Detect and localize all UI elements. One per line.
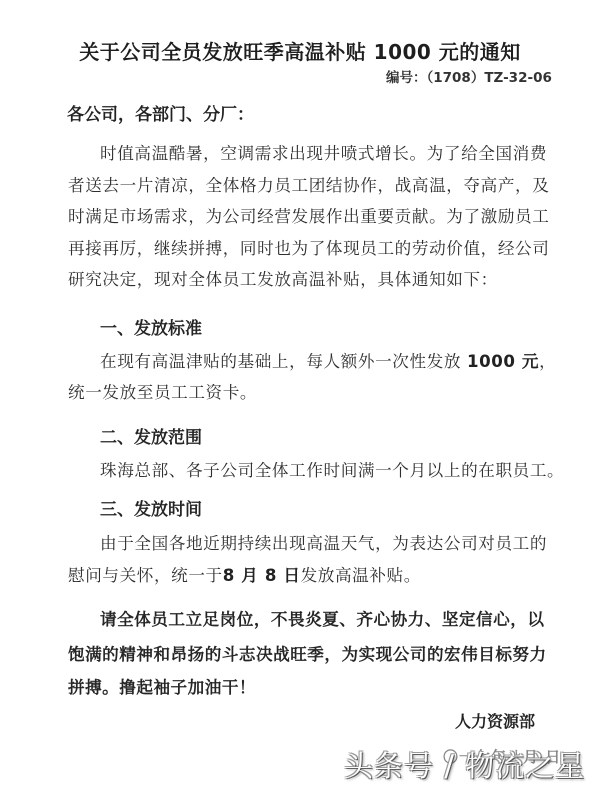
closing-line-1: 请全体员工立足岗位，不畏炎夏、齐心协力、坚定信心，以 bbox=[100, 606, 544, 630]
text-segment: ， bbox=[539, 352, 556, 371]
section-heading-standard: 一、发放标准 bbox=[100, 314, 202, 339]
document-number: 编号：（1708）TZ-32-06 bbox=[386, 66, 552, 86]
intro-line-4: 再接再厉，继续拼搏，同时也为了体现员工的劳动价值，经公司 bbox=[68, 235, 549, 259]
intro-line-5: 研究决定，现对全体员工发放高温补贴，具体通知如下： bbox=[68, 266, 498, 290]
section-1-line-1: 在现有高温津贴的基础上，每人额外一次性发放 1000 元， bbox=[100, 348, 556, 372]
text-segment: 在现有高温津贴的基础上，每人额外一次性发放 bbox=[100, 352, 467, 371]
watermark: 头条号 / 物流之星 bbox=[344, 744, 585, 785]
greeting: 各公司，各部门、分厂： bbox=[67, 100, 254, 125]
closing-line-3: 拼搏。撸起袖子加油干！ bbox=[68, 674, 256, 698]
intro-line-3: 时满足市场需求，为公司经营发展作出重要贡献。为了激励员工 bbox=[68, 203, 549, 227]
intro-line-2: 者送去一片清凉，全体格力员工团结协作，战高温，夺高产，及 bbox=[68, 172, 549, 196]
section-3-line-1: 由于全国各地近期持续出现高温天气，为表达公司对员工的 bbox=[100, 530, 547, 554]
section-2-line-1: 珠海总部、各子公司全体工作时间满一个月以上的在职员工。 bbox=[100, 457, 564, 481]
document-title: 关于公司全员发放旺季高温补贴 1000 元的通知 bbox=[0, 36, 600, 65]
text-segment: 慰问与关怀，统一于 bbox=[68, 566, 223, 585]
section-1-line-2: 统一发放至员工工资卡。 bbox=[68, 379, 257, 403]
amount-highlight: 1000 元 bbox=[467, 352, 539, 371]
section-3-line-2: 慰问与关怀，统一于8 月 8 日发放高温补贴。 bbox=[68, 562, 421, 586]
text-segment: 发放高温补贴。 bbox=[301, 566, 421, 585]
closing-line-2: 饱满的精神和昂扬的斗志决战旺季，为实现公司的宏伟目标努力 bbox=[68, 641, 547, 665]
section-heading-scope: 二、发放范围 bbox=[100, 423, 202, 448]
signature-department: 人力资源部 bbox=[455, 709, 535, 732]
intro-line-1: 时值高温酷暑，空调需求出现井喷式增长。为了给全国消费 bbox=[100, 140, 547, 164]
date-highlight: 8 月 8 日 bbox=[223, 566, 301, 585]
section-heading-time: 三、发放时间 bbox=[100, 495, 202, 520]
